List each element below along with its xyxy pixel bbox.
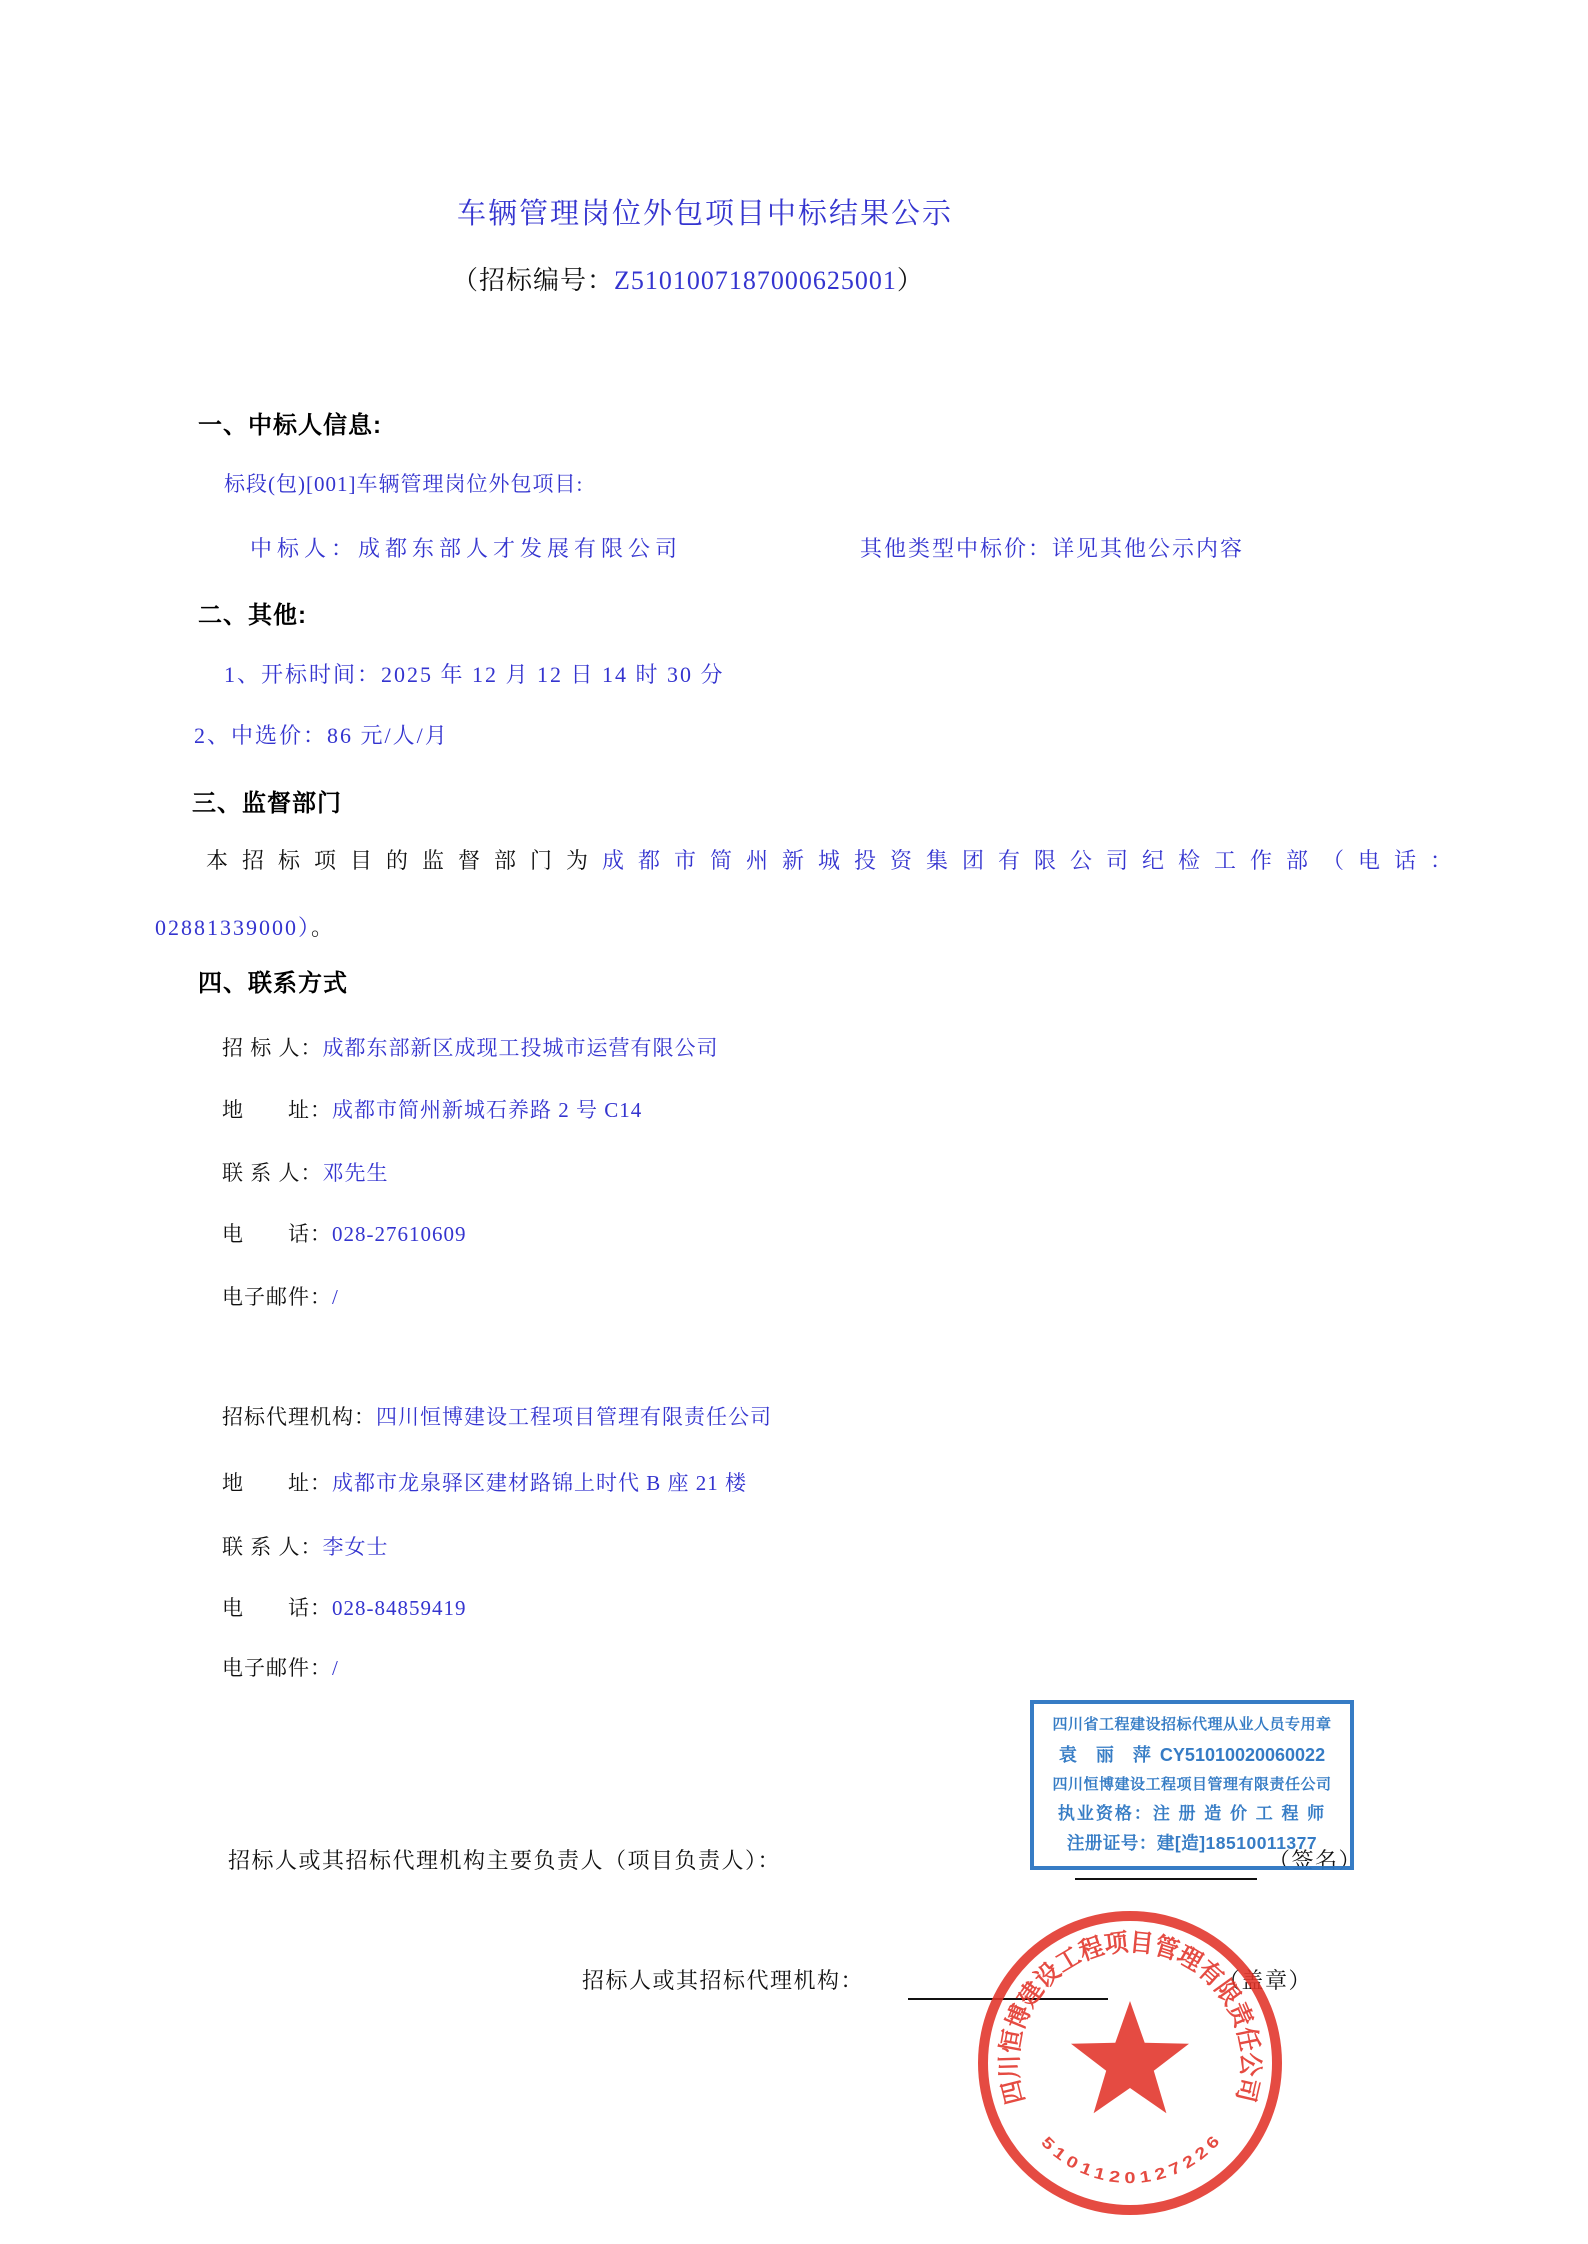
agency-email-label: 电子邮件： — [222, 1656, 332, 1680]
agency-phone-value: 028-84859419 — [332, 1596, 467, 1620]
tenderer-contact-line: 联 系 人：邓先生 — [222, 1161, 389, 1185]
open-time-line: 1、开标时间：2025 年 12 月 12 日 14 时 30 分 — [224, 662, 725, 687]
agent-stamp-license-no: 注册证号：建[造]18510011377 — [1067, 1835, 1317, 1853]
supervision-phone: 02881339000） — [155, 915, 311, 940]
agency-email-value: / — [332, 1656, 339, 1680]
tenderer-name-line: 招 标 人：成都东部新区成现工投城市运营有限公司 — [222, 1036, 719, 1060]
bid-number-prefix: （招标编号： — [452, 266, 614, 295]
tenderer-email-label: 电子邮件： — [222, 1285, 332, 1309]
tenderer-contact-value: 邓先生 — [323, 1161, 389, 1185]
agent-stamp-person-code: CY51010020060022 — [1160, 1745, 1325, 1765]
page-title: 车辆管理岗位外包项目中标结果公示 — [457, 198, 953, 231]
company-seal-graphic: 四川恒博建设工程项目管理有限责任公司 5101120127226 — [962, 1895, 1298, 2231]
agent-stamp-company: 四川恒博建设工程项目管理有限责任公司 — [1052, 1777, 1331, 1792]
agent-stamp-person-line: 袁 丽 萍CY51010020060022 — [1059, 1746, 1325, 1764]
other-price-value: 详见其他公示内容 — [1052, 536, 1244, 561]
agency-address-label: 地 址： — [222, 1471, 332, 1495]
tenderer-name-value: 成都东部新区成现工投城市运营有限公司 — [323, 1036, 719, 1060]
supervision-paragraph-line2: 02881339000）。 — [155, 915, 335, 940]
agency-phone-label: 电 话： — [222, 1596, 332, 1620]
other-price-line: 其他类型中标价：详见其他公示内容 — [860, 536, 1244, 561]
agent-stamp-qualification: 执业资格：注 册 造 价 工 程 师 — [1058, 1805, 1326, 1822]
selected-price-line: 2、中选价：86 元/人/月 — [194, 723, 449, 748]
document-page: 车辆管理岗位外包项目中标结果公示 （招标编号：Z5101007187000625… — [0, 0, 1588, 2244]
section3-heading: 三、监督部门 — [192, 790, 342, 818]
seal-star-icon — [1071, 2001, 1189, 2113]
tenderer-email-line: 电子邮件：/ — [222, 1285, 339, 1309]
agency-contact-label: 联 系 人： — [222, 1535, 323, 1559]
supervision-paragraph-line1: 本招标项目的监督部门为成都市简州新城投资集团有限公司纪检工作部（电话： — [206, 848, 1466, 873]
agency-name-line: 招标代理机构：四川恒博建设工程项目管理有限责任公司 — [222, 1405, 772, 1429]
winner-line: 中标人：成都东部人才发展有限公司 — [250, 536, 682, 561]
other-price-label: 其他类型中标价： — [860, 536, 1052, 561]
tenderer-name-label: 招 标 人： — [222, 1036, 323, 1060]
section4-heading: 四、联系方式 — [198, 970, 348, 998]
tenderer-phone-line: 电 话：028-27610609 — [222, 1222, 467, 1246]
tenderer-phone-value: 028-27610609 — [332, 1222, 467, 1246]
agency-address-value: 成都市龙泉驿区建材路锦上时代 B 座 21 楼 — [332, 1471, 747, 1495]
tenderer-address-line: 地 址：成都市简州新城石养路 2 号 C14 — [222, 1098, 642, 1122]
agency-email-line: 电子邮件：/ — [222, 1656, 339, 1680]
winner-label: 中标人： — [250, 536, 358, 561]
tenderer-phone-label: 电 话： — [222, 1222, 332, 1246]
lot-line: 标段(包)[001]车辆管理岗位外包项目: — [224, 472, 583, 496]
agency-name-value: 四川恒博建设工程项目管理有限责任公司 — [376, 1405, 772, 1429]
agency-phone-line: 电 话：028-84859419 — [222, 1596, 467, 1620]
agency-contact-value: 李女士 — [323, 1535, 389, 1559]
agent-registration-stamp: 四川省工程建设招标代理从业人员专用章 袁 丽 萍CY51010020060022… — [1030, 1700, 1354, 1870]
signature-line1-blank — [1075, 1876, 1257, 1880]
supervision-text-black: 本招标项目的监督部门为 — [206, 848, 602, 873]
signature-line2-label: 招标人或其招标代理机构： — [582, 1968, 864, 1993]
agent-stamp-title: 四川省工程建设招标代理从业人员专用章 — [1052, 1717, 1331, 1732]
tenderer-email-value: / — [332, 1285, 339, 1309]
agency-name-label: 招标代理机构： — [222, 1405, 376, 1429]
tenderer-address-value: 成都市简州新城石养路 2 号 C14 — [332, 1098, 642, 1122]
winner-name: 成都东部人才发展有限公司 — [358, 536, 682, 561]
supervision-period: 。 — [311, 915, 335, 940]
section1-heading: 一、中标人信息: — [198, 412, 382, 440]
agent-stamp-person-name: 袁 丽 萍 — [1059, 1745, 1158, 1765]
tenderer-address-label: 地 址： — [222, 1098, 332, 1122]
company-seal-stamp: 四川恒博建设工程项目管理有限责任公司 5101120127226 — [962, 1895, 1298, 2231]
bid-number-value: Z5101007187000625001 — [614, 266, 897, 295]
signature-line1-label: 招标人或其招标代理机构主要负责人（项目负责人）： — [228, 1848, 781, 1873]
bid-number-line: （招标编号：Z5101007187000625001） — [452, 266, 924, 296]
bid-number-suffix: ） — [897, 266, 924, 295]
section2-heading: 二、其他: — [198, 602, 307, 630]
agency-address-line: 地 址：成都市龙泉驿区建材路锦上时代 B 座 21 楼 — [222, 1471, 747, 1495]
tenderer-contact-label: 联 系 人： — [222, 1161, 323, 1185]
seal-code: 5101120127226 — [1038, 2130, 1227, 2188]
supervision-text-blue: 成都市简州新城投资集团有限公司纪检工作部（电话： — [602, 848, 1466, 873]
agency-contact-line: 联 系 人：李女士 — [222, 1535, 389, 1559]
